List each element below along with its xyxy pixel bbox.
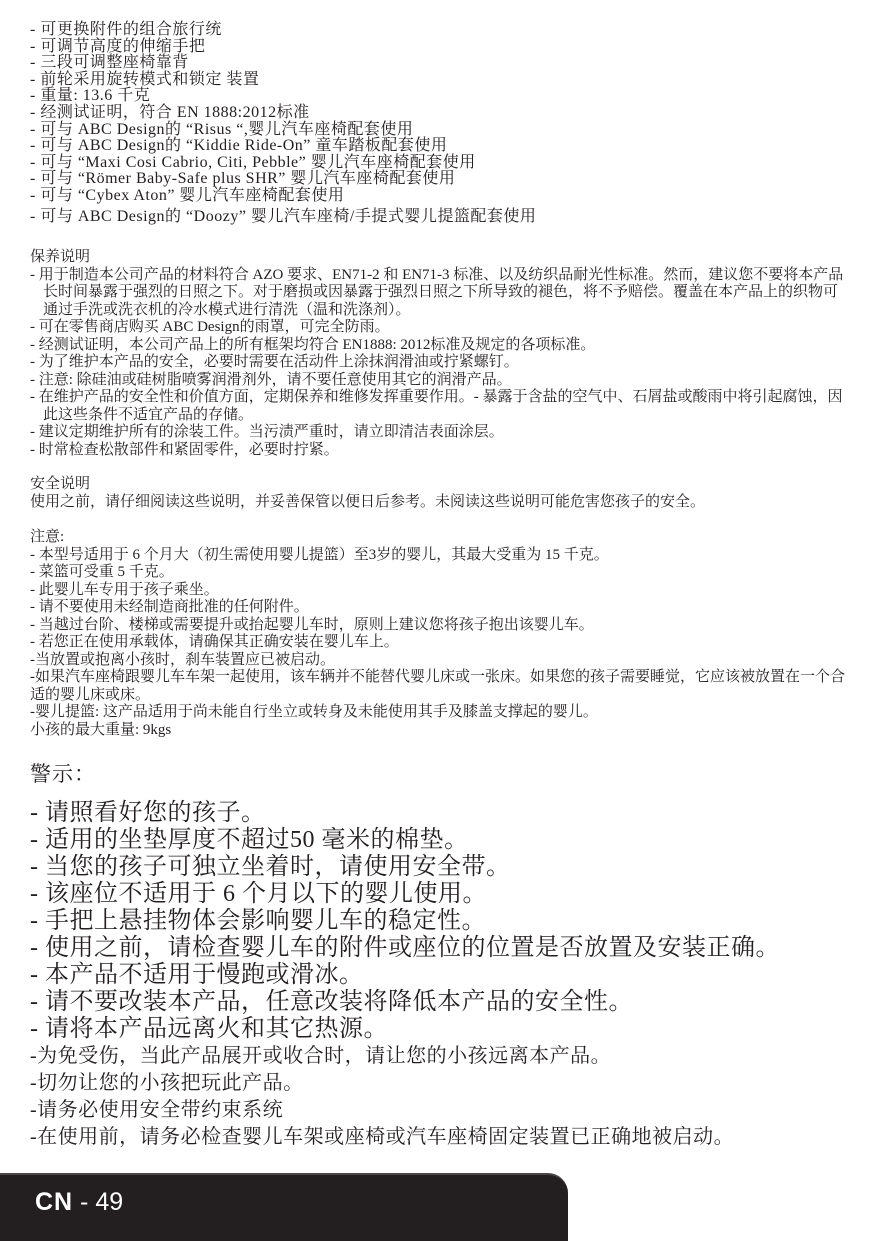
feature-item: - 经测试证明，符合 EN 1888:2012标准 <box>30 105 850 122</box>
feature-item: - 前轮采用旋转模式和锁定 装置 <box>30 72 850 89</box>
care-item: - 时常检查松散部件和紧固零件，必要时拧紧。 <box>30 442 850 460</box>
care-item: - 为了维护本产品的安全，必要时需要在活动件上涂抹润滑油或拧紧螺钉。 <box>30 354 850 372</box>
feature-item: - 可与 ABC Design的 “Doozy” 婴儿汽车座椅/手提式婴儿提篮配… <box>30 209 850 226</box>
care-item: - 可在零售商店购买 ABC Design的雨罩，可完全防雨。 <box>30 319 850 337</box>
note-title: 注意: <box>30 529 850 547</box>
note-list: - 本型号适用于 6 个月大（初生需使用婴儿提篮）至3岁的婴儿，其最大受重为 1… <box>30 547 850 740</box>
feature-item: - 重量: 13.6 千克 <box>30 88 850 105</box>
note-item: 小孩的最大重量: 9kgs <box>30 722 850 740</box>
care-item: - 注意: 除硅油或硅树脂喷雾润滑剂外，请不要任意使用其它的润滑产品。 <box>30 372 850 390</box>
care-item: - 经测试证明，本公司产品上的所有框架均符合 EN1888: 2012标准及规定… <box>30 337 850 355</box>
care-item: - 用于制造本公司产品的材料符合 AZO 要求、EN71-2 和 EN71-3 … <box>30 267 850 320</box>
care-title: 保养说明 <box>30 249 850 267</box>
warning-item-large: - 使用之前，请检查婴儿车的附件或座位的位置是否放置及安装正确。 <box>30 935 850 962</box>
note-item: - 当越过台阶、楼梯或需要提升或抬起婴儿车时，原则上建议您将孩子抱出该婴儿车。 <box>30 617 850 635</box>
warning-item-small: -请务必使用安全带约束系统 <box>30 1097 850 1124</box>
note-item: - 菜篮可受重 5 千克。 <box>30 564 850 582</box>
page-number: - 49 <box>73 1188 123 1216</box>
feature-item: - 可与 ABC Design的 “Risus “,婴儿汽车座椅配套使用 <box>30 122 850 139</box>
care-section: 保养说明 - 用于制造本公司产品的材料符合 AZO 要求、EN71-2 和 EN… <box>30 249 850 459</box>
warning-item-large: - 手把上悬挂物体会影响婴儿车的稳定性。 <box>30 908 850 935</box>
care-list: - 用于制造本公司产品的材料符合 AZO 要求、EN71-2 和 EN71-3 … <box>30 267 850 460</box>
page-footer-tab: CN - 49 <box>0 1173 568 1241</box>
feature-item: - 可与 “Römer Baby-Safe plus SHR” 婴儿汽车座椅配套… <box>30 171 850 188</box>
care-item: - 建议定期维护所有的涂装工件。当污渍严重时，请立即清洁表面涂层。 <box>30 424 850 442</box>
feature-list: - 可更换附件的组合旅行统- 可调节高度的伸缩手把- 三段可调整座椅靠背- 前轮… <box>30 22 850 225</box>
feature-item: - 可与 “Maxi Cosi Cabrio, Citi, Pebble” 婴儿… <box>30 155 850 172</box>
note-item: - 若您正在使用承载体，请确保其正确安装在婴儿车上。 <box>30 634 850 652</box>
manual-page: - 可更换附件的组合旅行统- 可调节高度的伸缩手把- 三段可调整座椅靠背- 前轮… <box>0 0 875 1241</box>
feature-item: - 可调节高度的伸缩手把 <box>30 39 850 56</box>
warning-item-large: - 请不要改装本产品，任意改装将降低本产品的安全性。 <box>30 989 850 1016</box>
warning-title: 警示： <box>30 761 850 787</box>
note-item: - 本型号适用于 6 个月大（初生需使用婴儿提篮）至3岁的婴儿，其最大受重为 1… <box>30 547 850 565</box>
safety-section: 安全说明 使用之前，请仔细阅读这些说明，并妥善保管以便日后参考。未阅读这些说明可… <box>30 476 850 511</box>
safety-body: 使用之前，请仔细阅读这些说明，并妥善保管以便日后参考。未阅读这些说明可能危害您孩… <box>30 494 850 512</box>
language-code: CN <box>35 1188 73 1216</box>
note-item: -当放置或抱离小孩时，刹车装置应已被启动。 <box>30 652 850 670</box>
warning-list-large: - 请照看好您的孩子。- 适用的坐垫厚度不超过50 毫米的棉垫。- 当您的孩子可… <box>30 800 850 1043</box>
warning-item-small: -切勿让您的小孩把玩此产品。 <box>30 1070 850 1097</box>
note-item: -婴儿提篮: 这产品适用于尚未能自行坐立或转身及未能使用其手及膝盖支撑起的婴儿。 <box>30 704 850 722</box>
note-item: - 此婴儿车专用于孩子乘坐。 <box>30 582 850 600</box>
safety-title: 安全说明 <box>30 476 850 494</box>
care-item: - 在维护产品的安全性和价值方面，定期保养和维修发挥重要作用。- 暴露于含盐的空… <box>30 389 850 424</box>
note-item: - 请不要使用未经制造商批准的任何附件。 <box>30 599 850 617</box>
feature-item: - 可与 ABC Design的 “Kiddie Ride-On” 童车踏板配套… <box>30 138 850 155</box>
warning-item-small: -在使用前，请务必检查婴儿车架或座椅或汽车座椅固定装置已正确地被启动。 <box>30 1124 850 1151</box>
warning-item-large: - 请照看好您的孩子。 <box>30 800 850 827</box>
feature-item: - 可更换附件的组合旅行统 <box>30 22 850 39</box>
warning-item-large: - 当您的孩子可独立坐着时，请使用安全带。 <box>30 854 850 881</box>
page-number-label: CN - 49 <box>35 1188 568 1216</box>
warning-item-small: -为免受伤，当此产品展开或收合时，请让您的小孩远离本产品。 <box>30 1043 850 1070</box>
warning-item-large: - 适用的坐垫厚度不超过50 毫米的棉垫。 <box>30 827 850 854</box>
note-item: -如果汽车座椅跟婴儿车车架一起使用，该车辆并不能替代婴儿床或一张床。如果您的孩子… <box>30 669 850 704</box>
warning-item-large: - 该座位不适用于 6 个月以下的婴儿使用。 <box>30 881 850 908</box>
feature-item: - 可与 “Cybex Aton” 婴儿汽车座椅配套使用 <box>30 188 850 205</box>
note-section: 注意: - 本型号适用于 6 个月大（初生需使用婴儿提篮）至3岁的婴儿，其最大受… <box>30 529 850 739</box>
warning-item-large: - 请将本产品远离火和其它热源。 <box>30 1016 850 1043</box>
feature-item: - 三段可调整座椅靠背 <box>30 55 850 72</box>
warning-item-large: - 本产品不适用于慢跑或滑冰。 <box>30 962 850 989</box>
warning-list-small: -为免受伤，当此产品展开或收合时，请让您的小孩远离本产品。-切勿让您的小孩把玩此… <box>30 1043 850 1151</box>
